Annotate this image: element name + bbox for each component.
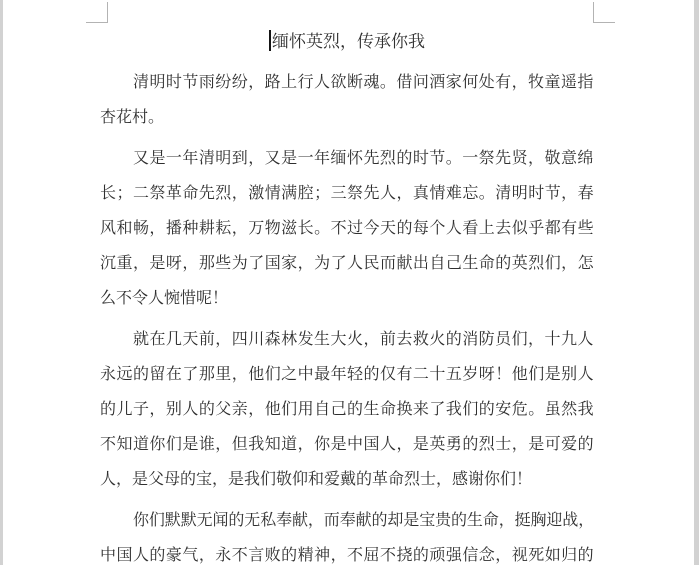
paragraph: 清明时节雨纷纷，路上行人欲断魂。借问酒家何处有，牧童遥指杏花村。 bbox=[100, 65, 594, 135]
text-line[interactable]: 长；二祭革命先烈，激情满腔；三祭先人，真情难忘。清明时节，春 bbox=[100, 176, 594, 211]
text-line[interactable]: 杏花村。 bbox=[100, 100, 594, 135]
text-line[interactable]: 人，是父母的宝，是我们敬仰和爱戴的革命烈士，感谢你们！ bbox=[100, 462, 594, 497]
document-page: 缅怀英烈，传承你我 清明时节雨纷纷，路上行人欲断魂。借问酒家何处有，牧童遥指杏花… bbox=[100, 24, 594, 565]
text-line[interactable]: 就在几天前，四川森林发生大火，前去救火的消防员们，十九人 bbox=[100, 322, 594, 357]
text-line[interactable]: 又是一年清明到，又是一年缅怀先烈的时节。一祭先贤，敬意绵 bbox=[100, 141, 594, 176]
paragraph: 又是一年清明到，又是一年缅怀先烈的时节。一祭先贤，敬意绵长；二祭革命先烈，激情满… bbox=[100, 141, 594, 316]
document-body: 清明时节雨纷纷，路上行人欲断魂。借问酒家何处有，牧童遥指杏花村。又是一年清明到，… bbox=[100, 65, 594, 565]
text-line[interactable]: 不知道你们是谁，但我知道，你是中国人，是英勇的烈士，是可爱的 bbox=[100, 427, 594, 462]
text-line[interactable]: 的儿子，别人的父亲，他们用自己的生命换来了我们的安危。虽然我 bbox=[100, 392, 594, 427]
paragraph: 你们默默无闻的无私奉献，而奉献的却是宝贵的生命，挺胸迎战，中国人的豪气，永不言败… bbox=[100, 503, 594, 565]
text-line[interactable]: 清明时节雨纷纷，路上行人欲断魂。借问酒家何处有，牧童遥指 bbox=[100, 65, 594, 100]
text-line[interactable]: 永远的留在了那里，他们之中最年轻的仅有二十五岁呀！他们是别人 bbox=[100, 357, 594, 392]
document-title: 缅怀英烈，传承你我 bbox=[272, 32, 425, 51]
app-background-left-edge bbox=[0, 0, 3, 565]
title-line[interactable]: 缅怀英烈，传承你我 bbox=[100, 24, 594, 59]
text-line[interactable]: 么不令人惋惜呢！ bbox=[100, 281, 594, 316]
crop-mark-top-right bbox=[593, 2, 615, 23]
text-line[interactable]: 风和畅，播种耕耘，万物滋长。不过今天的每个人看上去似乎都有些 bbox=[100, 211, 594, 246]
paragraph: 就在几天前，四川森林发生大火，前去救火的消防员们，十九人永远的留在了那里，他们之… bbox=[100, 322, 594, 497]
app-background-right-edge bbox=[694, 0, 699, 565]
crop-mark-top-left bbox=[86, 2, 108, 23]
text-cursor-caret bbox=[269, 30, 271, 51]
text-line[interactable]: 你们默默无闻的无私奉献，而奉献的却是宝贵的生命，挺胸迎战， bbox=[100, 503, 594, 538]
text-line[interactable]: 沉重，是呀，那些为了国家，为了人民而献出自己生命的英烈们，怎 bbox=[100, 246, 594, 281]
text-line[interactable]: 中国人的豪气，永不言败的精神，不屈不挠的顽强信念，视死如归的 bbox=[100, 538, 594, 565]
